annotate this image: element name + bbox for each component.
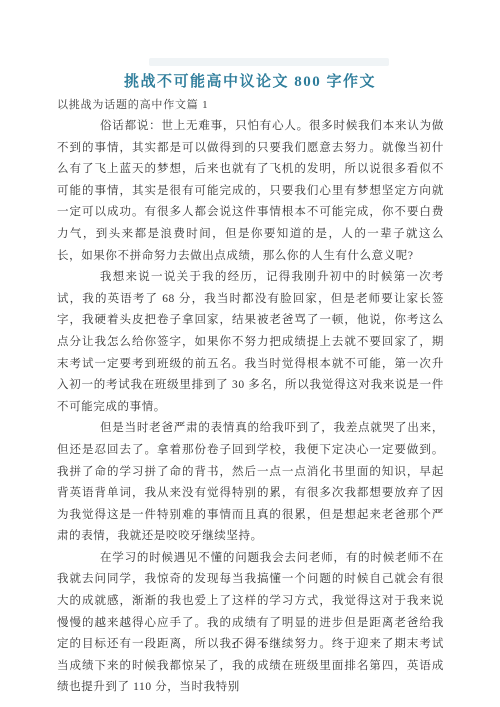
body-paragraph: 但是当时老爸严肃的表情真的给我吓到了，我差点就哭了出来，但还是忍回去了。拿着那份… (57, 418, 444, 548)
document-title: 挑战不可能高中议论文 800 字作文 (0, 70, 500, 91)
document-body: 俗话都说：世上无难事，只怕有心人。很多时候我们本来认为做不到的事情，其实都是可以… (57, 116, 444, 699)
body-paragraph: 在学习的时候遇见不懂的问题我会去问老师，有的时候老师不在我就去问同学，我惊奇的发… (57, 548, 444, 699)
document-page: 挑战不可能高中议论文 800 字作文 以挑战为话题的高中作文篇 1 俗话都说：世… (0, 0, 500, 707)
page-number-indicator: 1 / 6 (0, 641, 500, 651)
body-paragraph: 我想来说一说关于我的经历，记得我刚升初中的时候第一次考试，我的英语考了 68 分… (57, 267, 444, 418)
document-viewport[interactable]: 挑战不可能高中议论文 800 字作文 以挑战为话题的高中作文篇 1 俗话都说：世… (0, 0, 500, 707)
section-heading: 以挑战为话题的高中作文篇 1 (57, 96, 444, 112)
body-paragraph: 俗话都说：世上无难事，只怕有心人。很多时候我们本来认为做不到的事情，其实都是可以… (57, 116, 444, 267)
header-highlight-band (149, 58, 389, 66)
